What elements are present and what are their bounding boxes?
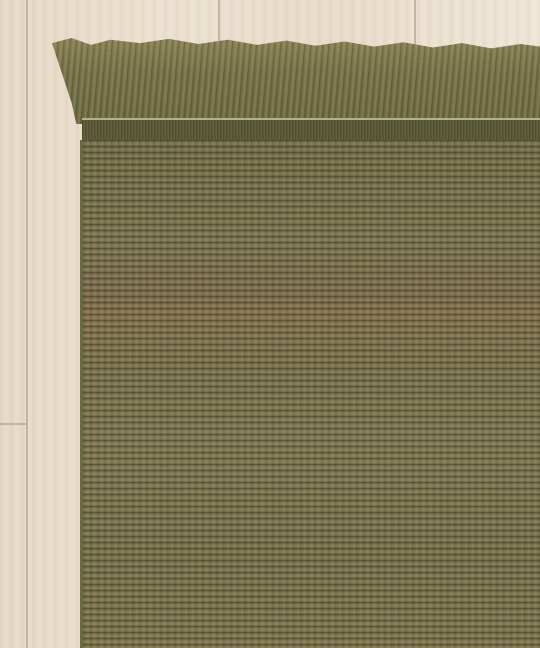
rug-fringe — [52, 38, 540, 124]
rug-body — [80, 140, 540, 648]
product-photo — [0, 0, 540, 648]
plank-seam — [26, 0, 28, 648]
plank-seam — [0, 423, 26, 425]
